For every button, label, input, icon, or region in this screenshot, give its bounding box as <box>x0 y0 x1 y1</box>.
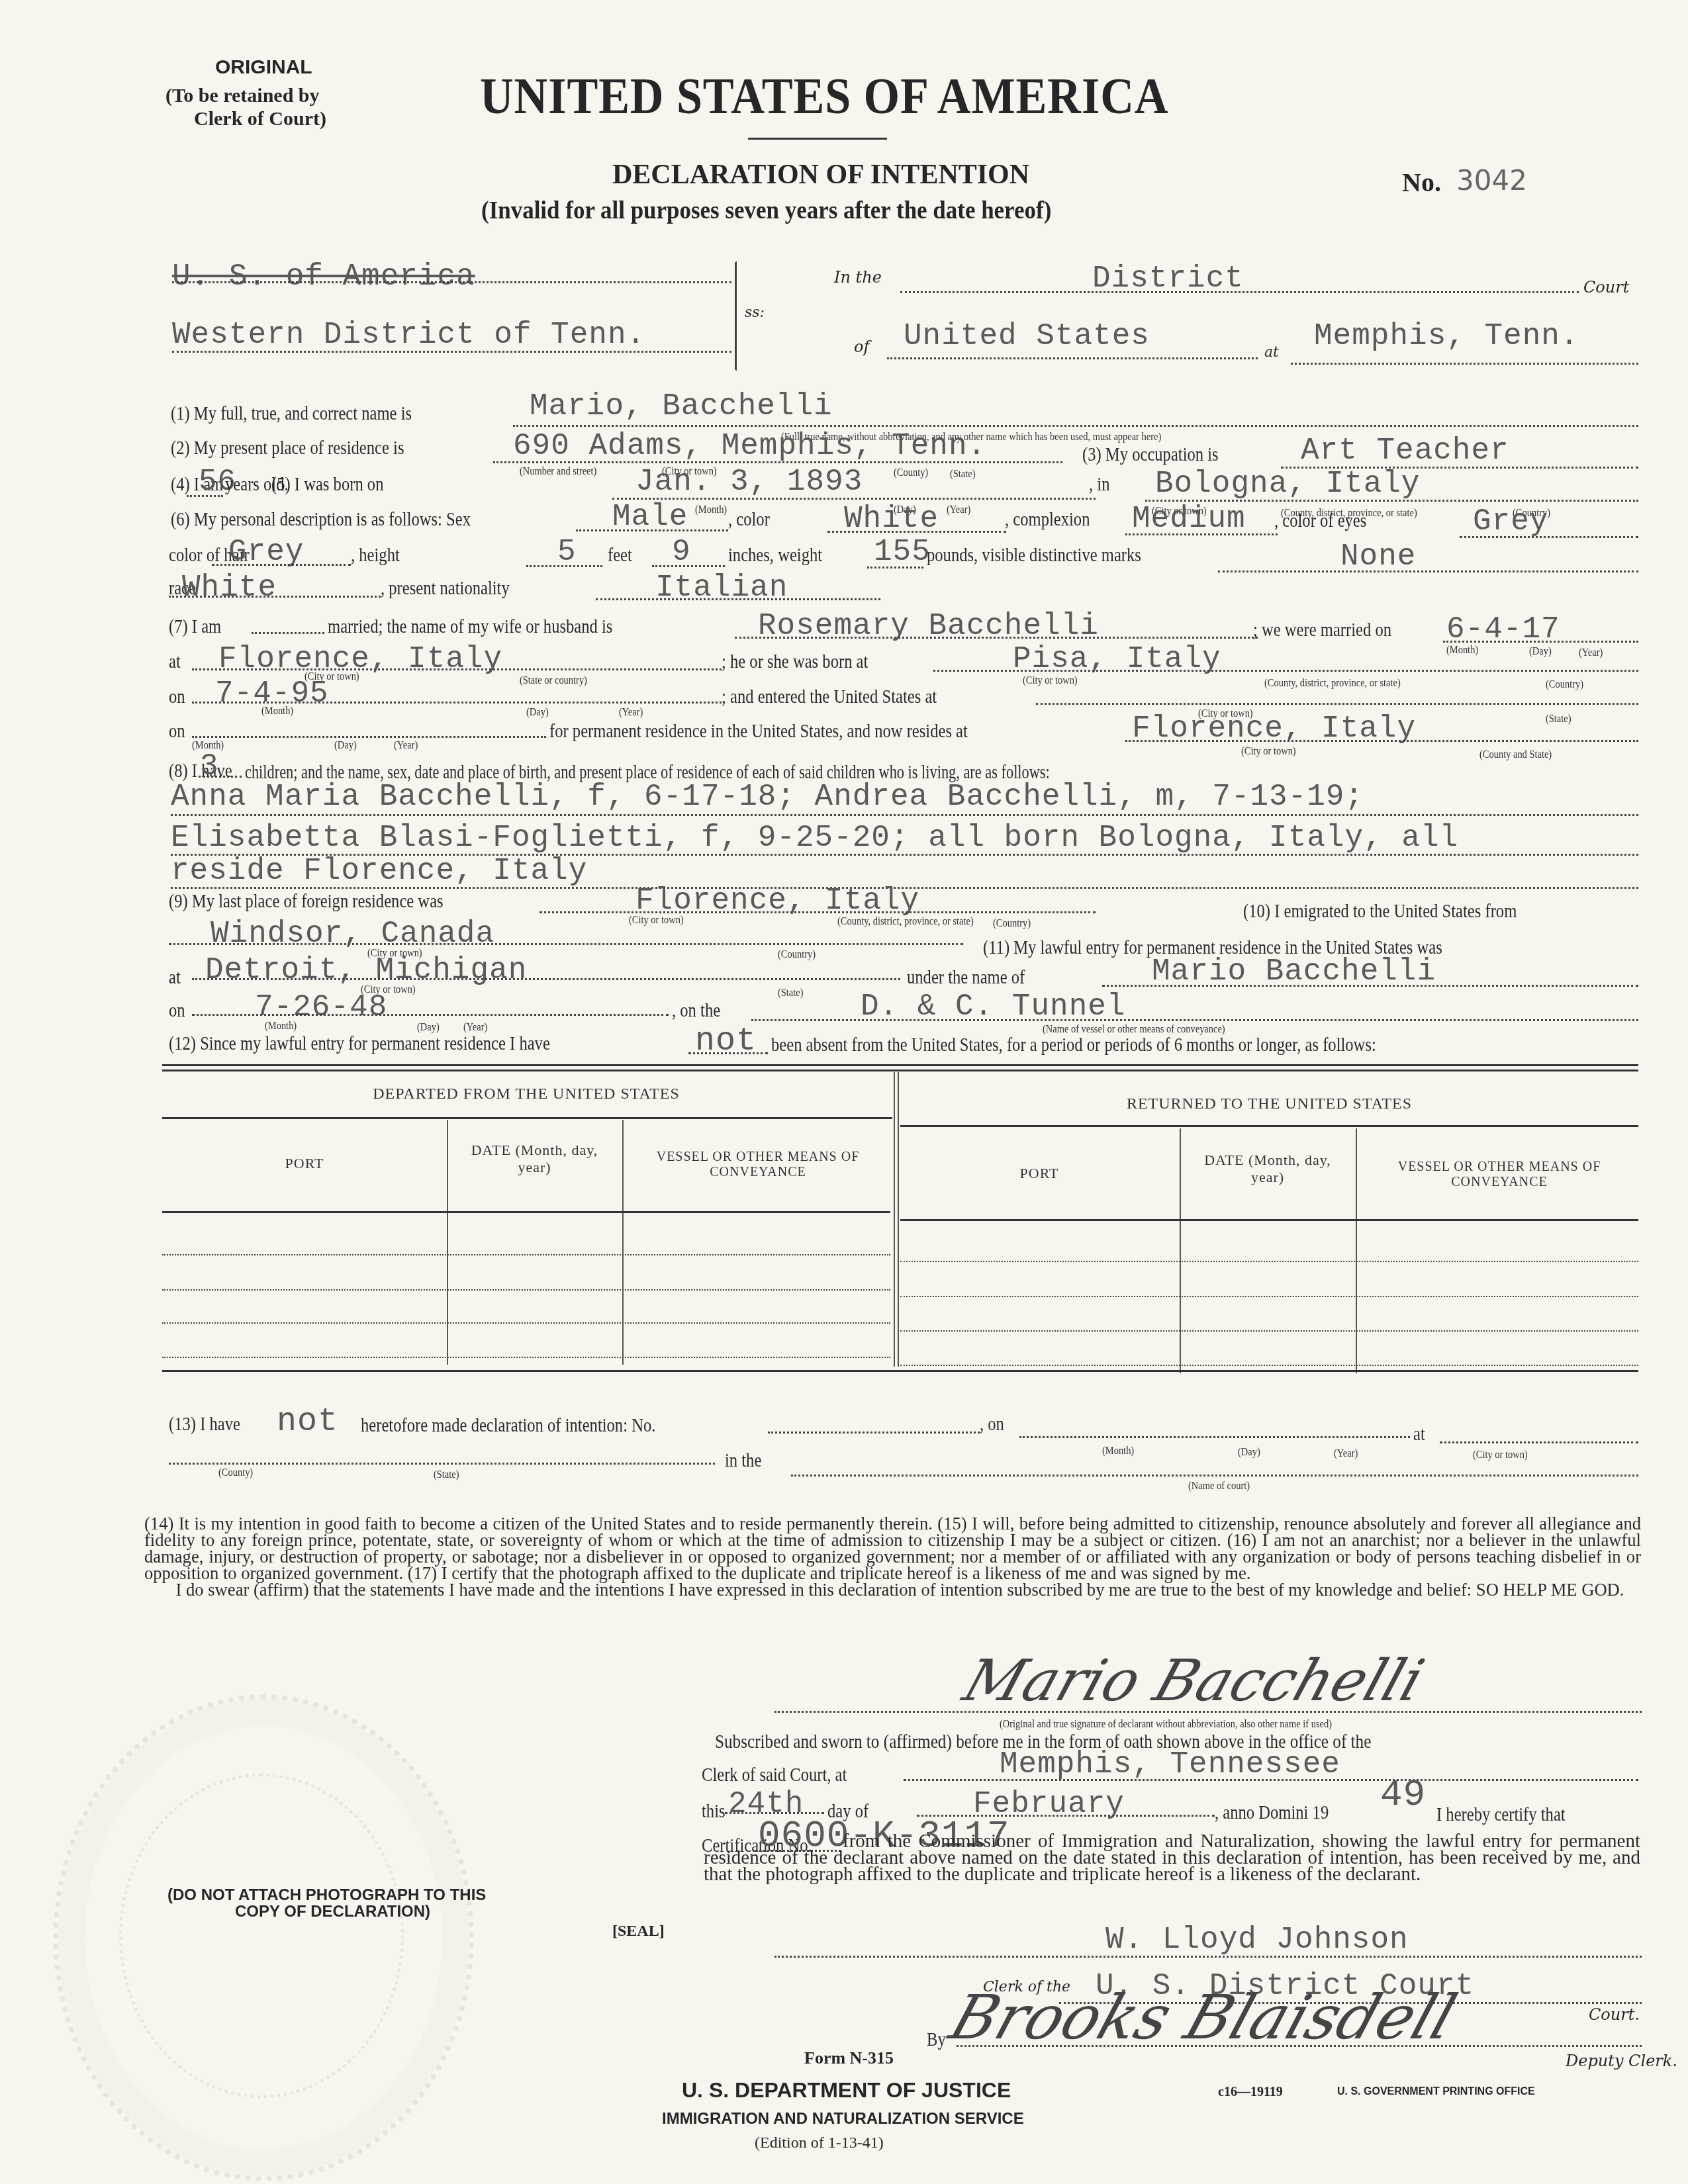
entry-date-11-rule <box>192 1014 669 1016</box>
seal-label: [SEAL] <box>612 1923 665 1940</box>
at-label-7: at <box>169 651 181 673</box>
full-name: Mario, Bacchelli <box>530 389 833 424</box>
weight-rule <box>867 567 923 569</box>
q1-label: (1) My full, true, and correct name is <box>171 402 412 425</box>
of-label: of <box>854 338 869 356</box>
signature-rule <box>774 1711 1642 1713</box>
q2-caption-county: (County) <box>894 466 928 479</box>
entry-date-caption-day: (Day) <box>334 739 357 752</box>
ret-col-port: PORT <box>900 1165 1178 1182</box>
entry-date-11-caption-year: (Year) <box>463 1021 487 1034</box>
table-row-1-ret[interactable] <box>900 1261 1638 1262</box>
married-on-label: ; we were married on <box>1253 619 1391 641</box>
absent-value-rule <box>688 1052 768 1054</box>
jurisdiction-line-1: U. S. of America <box>172 259 475 294</box>
q13-caption-court: (Name of court) <box>1188 1479 1250 1492</box>
deputy-label: Deputy Clerk. <box>1566 2052 1677 2070</box>
entered-caption-state: (State) <box>1546 712 1571 725</box>
q10-caption-country: (Country) <box>778 948 816 961</box>
q13-in-the-label: in the <box>725 1449 761 1472</box>
children-line-3: reside Florence, Italy <box>171 854 587 888</box>
q13-text: heretofore made declaration of intention… <box>361 1414 655 1437</box>
last-foreign-residence-rule <box>539 911 1096 913</box>
spouse-birth-caption-city: (City or town) <box>1023 674 1078 687</box>
court-label: Court <box>1583 278 1629 296</box>
in-label: , in <box>1089 473 1109 496</box>
q9-caption-county: (County, district, province, or state) <box>837 915 974 928</box>
q13-caption-day: (Day) <box>1238 1445 1260 1459</box>
feet-label: feet <box>608 544 632 567</box>
jurat-day-rule <box>725 1812 824 1814</box>
emigrated-from: Windsor, Canada <box>211 917 494 951</box>
spouse-name-rule <box>735 637 1258 639</box>
spouse-birth-caption-country: (Country) <box>1546 678 1583 691</box>
q13-caption-month: (Month) <box>1102 1444 1134 1457</box>
spouse-born-label: ; he or she was born at <box>722 651 868 673</box>
table-row-4[interactable] <box>162 1357 890 1358</box>
printer: U. S. GOVERNMENT PRINTING OFFICE <box>1337 2086 1535 2098</box>
dep-col-vessel: VESSEL OR OTHER MEANS OF CONVEYANCE <box>632 1150 884 1180</box>
nationality-label: , present nationality <box>381 577 510 600</box>
table-bottom-rule <box>162 1370 1638 1372</box>
color-label: , color <box>728 508 770 531</box>
entry-place-caption-state: (State) <box>778 986 804 999</box>
deputy-signature: Brooks Blaisdell <box>942 1982 1465 2053</box>
photo-note-1: (DO NOT ATTACH PHOTOGRAPH TO THIS <box>167 1886 486 1905</box>
q13-on-label: , on <box>980 1413 1004 1435</box>
children-line-1-rule <box>171 814 1638 816</box>
oath-paragraph: (14) It is my intention in good faith to… <box>144 1516 1641 1582</box>
dep-col-port: PORT <box>162 1155 447 1172</box>
table-row-4-ret[interactable] <box>900 1365 1638 1366</box>
married-label: married; the name of my wife or husband … <box>328 615 612 638</box>
q2-caption-state: (State) <box>950 467 976 480</box>
sex-rule <box>576 529 728 531</box>
in-the-label: In the <box>834 268 882 287</box>
table-row-2-ret[interactable] <box>900 1296 1638 1297</box>
q13-at-label: at <box>1413 1423 1425 1445</box>
q13-caption-county: (County) <box>218 1466 253 1479</box>
height-inches: 9 <box>672 535 691 569</box>
on-label-11: on <box>169 999 185 1022</box>
court-location: Memphis, Tenn. <box>1314 319 1579 353</box>
returned-subheader-rule <box>900 1125 1638 1127</box>
prior-declaration-value: not <box>277 1403 338 1441</box>
jurat-place: Memphis, Tennessee <box>1000 1747 1340 1782</box>
q10-label: (10) I emigrated to the United States fr… <box>1243 900 1517 923</box>
dep-col-div-2 <box>622 1120 624 1365</box>
birth-place: Bologna, Italy <box>1155 467 1420 501</box>
entered-rule <box>1036 703 1638 705</box>
anno-domini-label: , anno Domini 19 <box>1215 1801 1329 1824</box>
q7-label: (7) I am <box>169 615 221 638</box>
prior-county-state-rule <box>169 1463 715 1465</box>
marriage-caption-year: (Year) <box>1579 646 1603 659</box>
conveyance-rule <box>751 1019 1638 1021</box>
marriage-date-rule <box>1443 641 1638 643</box>
cert-text: from the Commissioner of Immigration and… <box>704 1833 1640 1883</box>
entry-place-rule <box>192 978 900 980</box>
table-top-rule-2 <box>162 1069 1638 1071</box>
print-code: c16—19119 <box>1218 2085 1283 2100</box>
height-inches-rule <box>652 565 725 567</box>
age-rule <box>187 495 223 497</box>
marks-rule <box>1218 570 1638 572</box>
ss-label: ss: <box>745 304 765 321</box>
jurisdiction-line-1-rule <box>172 281 731 283</box>
emigrated-from-rule <box>169 943 963 945</box>
spouse-birth-date-caption-year: (Year) <box>619 705 643 719</box>
prior-city-rule <box>1440 1441 1638 1443</box>
race: White <box>182 570 277 605</box>
table-center-divider-2 <box>898 1072 899 1367</box>
entry-date-rule <box>192 736 546 738</box>
departed-header: DEPARTED FROM THE UNITED STATES <box>162 1085 890 1103</box>
spouse-resides-caption-city: (City or town) <box>1241 745 1296 758</box>
number-label: No. <box>1402 167 1441 198</box>
ret-col-div-1 <box>1180 1128 1181 1373</box>
marks: None <box>1340 539 1416 574</box>
q5-caption-month: (Month) <box>695 503 727 516</box>
entry-name: Mario Bacchelli <box>1152 954 1436 989</box>
edition: (Edition of 1-13-41) <box>755 2134 884 2152</box>
deputy-rule <box>957 2045 1642 2047</box>
complexion-rule <box>1125 533 1278 535</box>
children-line-2: Elisabetta Blasi-Foglietti, f, 9-25-20; … <box>171 821 1458 855</box>
retained-note-2: Clerk of Court) <box>194 108 326 130</box>
form-number: Form N-315 <box>804 2048 894 2068</box>
validity-note: (Invalid for all purposes seven years af… <box>481 196 1051 225</box>
jurisdiction-line-2: Western District of Tenn. <box>172 318 645 352</box>
height-feet-rule <box>526 565 602 567</box>
residence: 690 Adams, Memphis, Tenn. <box>513 429 986 463</box>
marks-label: pounds, visible distinctive marks <box>927 544 1141 567</box>
height-feet: 5 <box>557 535 577 569</box>
dep-col-div-1 <box>447 1120 448 1365</box>
original-label: ORIGINAL <box>215 56 312 79</box>
prior-court-rule <box>791 1475 1638 1477</box>
table-row-3-ret[interactable] <box>900 1330 1638 1332</box>
jurat-place-rule <box>904 1779 1638 1781</box>
permanent-label: for permanent residence in the United St… <box>549 720 968 743</box>
eyes-rule <box>1460 536 1638 538</box>
marriage-place-caption-state: (State or country) <box>520 674 587 687</box>
eyes: Grey <box>1473 504 1548 539</box>
spouse-birth-caption-county: (County, district, province, or state) <box>1264 676 1401 690</box>
table-center-divider <box>894 1072 895 1367</box>
q13-caption-city: (City or town) <box>1473 1448 1528 1461</box>
q9-label: (9) My last place of foreign residence w… <box>169 890 444 913</box>
signature-caption: (Original and true signature of declaran… <box>1000 1717 1332 1731</box>
retained-note-1: (To be retained by <box>165 85 320 107</box>
q12-label: (12) Since my lawful entry for permanent… <box>169 1032 550 1055</box>
spouse-resides-rule <box>1125 740 1638 742</box>
absent-value: not <box>695 1023 757 1060</box>
children-count-rule <box>199 776 242 778</box>
title-rule <box>748 138 887 140</box>
q5-label: (5) I was born on <box>271 473 383 496</box>
weight-label: inches, weight <box>728 544 822 567</box>
entry-date-11-caption-day: (Day) <box>417 1021 440 1034</box>
q3-label: (3) My occupation is <box>1082 443 1219 466</box>
full-name-rule <box>513 425 1638 427</box>
q13-caption-state: (State) <box>434 1468 459 1481</box>
entry-date-caption-year: (Year) <box>394 739 418 752</box>
on-label-7b: on <box>169 720 185 743</box>
ss-bracket <box>735 261 739 371</box>
nationality-rule <box>596 598 880 600</box>
prior-number-rule <box>768 1432 980 1433</box>
occupation: Art Teacher <box>1301 433 1509 468</box>
dep-header-bottom-rule <box>162 1211 890 1213</box>
q12-suffix: been absent from the United States, for … <box>771 1034 1376 1056</box>
hair-rule <box>212 564 351 566</box>
spouse-birth-date-caption-day: (Day) <box>526 705 549 719</box>
color-rule <box>827 531 1006 533</box>
complexion: Medium <box>1132 502 1246 536</box>
birth-date: Jan. 3, 1893 <box>635 465 863 499</box>
marriage-place: Florence, Italy <box>218 642 502 676</box>
under-name-label: under the name of <box>907 966 1025 989</box>
entry-name-rule <box>1102 985 1638 987</box>
race-rule <box>169 596 381 598</box>
marriage-caption-month: (Month) <box>1446 643 1478 657</box>
clerk-name: W. Lloyd Johnson <box>1105 1923 1409 1957</box>
q6-label: (6) My personal description is as follow… <box>171 508 471 531</box>
certify-label: I hereby certify that <box>1436 1803 1566 1826</box>
weight: 155 <box>874 535 931 569</box>
residence-rule <box>493 461 1062 463</box>
embossed-seal-inner <box>119 1774 404 2098</box>
declaration-number: 3042 <box>1456 164 1527 197</box>
ret-col-vessel: VESSEL OR OTHER MEANS OF CONVEYANCE <box>1364 1160 1635 1190</box>
eyes-label: , color of eyes <box>1274 510 1366 532</box>
court-label-jurat: Court. <box>1589 2005 1640 2024</box>
service: IMMIGRATION AND NATURALIZATION SERVICE <box>662 2110 1024 2128</box>
at-label-11: at <box>169 966 181 989</box>
returned-header: RETURNED TO THE UNITED STATES <box>900 1095 1638 1113</box>
court-of-rule <box>887 357 1258 359</box>
q13-label: (13) I have <box>169 1413 240 1435</box>
court-of: United States <box>904 319 1150 353</box>
married-status-rule <box>252 632 324 634</box>
on-label-7: on <box>169 686 185 708</box>
court-location-rule <box>1291 363 1638 365</box>
children-count: 3 <box>200 749 219 784</box>
spouse-birth-rule <box>933 670 1638 672</box>
document-subtitle: DECLARATION OF INTENTION <box>612 159 1029 191</box>
oath-swear: I do swear (affirm) that the statements … <box>144 1582 1641 1598</box>
entered-label: ; and entered the United States at <box>722 686 937 708</box>
declarant-signature: Mario Bacchelli <box>956 1648 1432 1714</box>
q9-caption-country: (Country) <box>993 917 1031 930</box>
height-label: , height <box>351 544 400 567</box>
department: U. S. DEPARTMENT OF JUSTICE <box>682 2078 1011 2103</box>
ret-col-date: DATE (Month, day, year) <box>1188 1152 1347 1186</box>
spouse-resides-caption-state: (County and State) <box>1479 748 1552 761</box>
entry-date-11-caption-month: (Month) <box>265 1019 297 1032</box>
jurisdiction-line-2-rule <box>172 351 731 353</box>
complexion-label: , complexion <box>1005 508 1090 531</box>
table-row-2[interactable] <box>162 1289 890 1291</box>
on-the-label: , on the <box>672 999 720 1022</box>
table-top-rule-1 <box>162 1064 1638 1066</box>
ret-col-div-2 <box>1356 1128 1357 1373</box>
spouse-birth-date-caption-month: (Month) <box>261 704 293 717</box>
q5-caption-year: (Year) <box>947 503 970 516</box>
departed-subheader-rule <box>162 1117 892 1119</box>
photo-note-2: COPY OF DECLARATION) <box>235 1903 430 1921</box>
marriage-caption-day: (Day) <box>1529 645 1552 658</box>
prior-date-rule <box>1019 1436 1410 1438</box>
q13-caption-year: (Year) <box>1334 1447 1358 1460</box>
document-title: UNITED STATES OF AMERICA <box>480 66 1168 126</box>
children-line-1: Anna Maria Bacchelli, f, 6-17-18; Andrea… <box>171 780 1364 814</box>
clerk-at-label: Clerk of said Court, at <box>702 1764 847 1786</box>
table-row-3[interactable] <box>162 1322 890 1324</box>
this-label: this <box>702 1800 726 1823</box>
spouse-birth-date-rule <box>192 702 722 704</box>
table-row-1[interactable] <box>162 1254 890 1255</box>
court-type-rule <box>900 291 1579 293</box>
dep-col-date: DATE (Month, day, year) <box>457 1142 612 1176</box>
jurat-year: 49 <box>1380 1774 1426 1816</box>
ret-header-bottom-rule <box>900 1219 1638 1221</box>
at-label: at <box>1264 344 1279 361</box>
clerk-name-rule <box>774 1956 1642 1958</box>
oath-text: (14) It is my intention in good faith to… <box>144 1516 1640 1598</box>
q9-caption-city: (City or town) <box>629 913 684 927</box>
marriage-place-rule <box>192 668 722 670</box>
q2-caption-street: (Number and street) <box>520 465 596 478</box>
q2-label: (2) My present place of residence is <box>171 437 404 459</box>
